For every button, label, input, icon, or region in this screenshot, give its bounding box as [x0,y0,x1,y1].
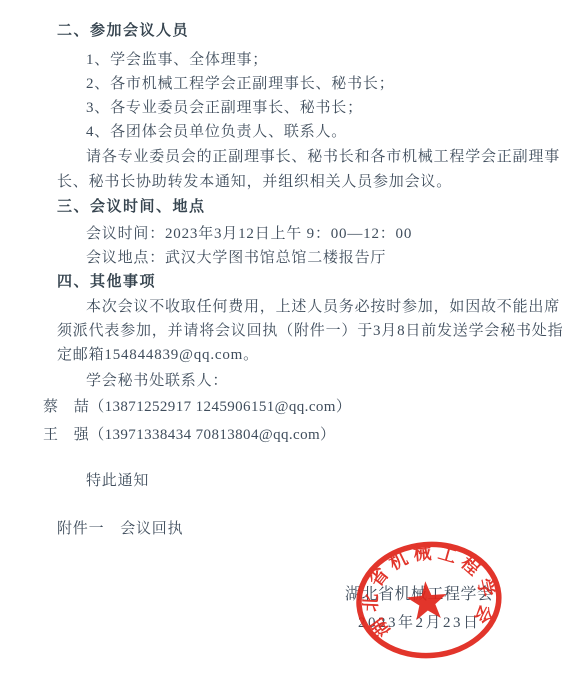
other-para-line1: 本次会议不收取任何费用，上述人员务必按时参加，如因故不能出席 [86,296,560,318]
participants-note-line2: 长、秘书长协助转发本通知，并组织相关人员参加会议。 [57,171,452,193]
participants-item-1: 1、学会监事、全体理事； [86,49,268,71]
closing-line: 特此通知 [86,470,149,492]
meeting-time-line: 会议时间：2023年3月12日上午 9：00—12：00 [86,223,412,245]
document-page: 二、参加会议人员 1、学会监事、全体理事； 2、各市机械工程学会正副理事长、秘书… [0,0,585,673]
other-para-line3: 定邮箱154844839@qq.com。 [57,344,259,366]
meeting-place-line: 会议地点：武汉大学图书馆总馆二楼报告厅 [86,247,386,269]
attachment-line: 附件一 会议回执 [57,518,183,540]
contact-line-cai: 蔡 喆（13871252917 1245906151@qq.com） [43,396,351,418]
participants-note-line1: 请各专业委员会的正副理事长、秘书长和各市机械工程学会正副理事 [86,146,560,168]
section-participants-heading: 二、参加会议人员 [57,20,189,42]
contact-line-wang: 王 强（13971338434 70813804@qq.com） [43,424,335,446]
official-seal-stamp: 湖北省机械工程学会 [348,533,510,670]
section-other-heading: 四、其他事项 [57,271,156,293]
seal-star-icon [405,580,448,621]
contact-intro-line: 学会秘书处联系人： [86,370,228,392]
participants-item-4: 4、各团体会员单位负责人、联系人。 [86,121,347,143]
participants-item-3: 3、各专业委员会正副理事长、秘书长； [86,97,363,119]
other-para-line2: 须派代表参加，并请将会议回执（附件一）于3月8日前发送学会秘书处指 [57,320,563,342]
section-time-place-heading: 三、会议时间、地点 [57,196,206,218]
participants-item-2: 2、各市机械工程学会正副理事长、秘书长； [86,73,395,95]
